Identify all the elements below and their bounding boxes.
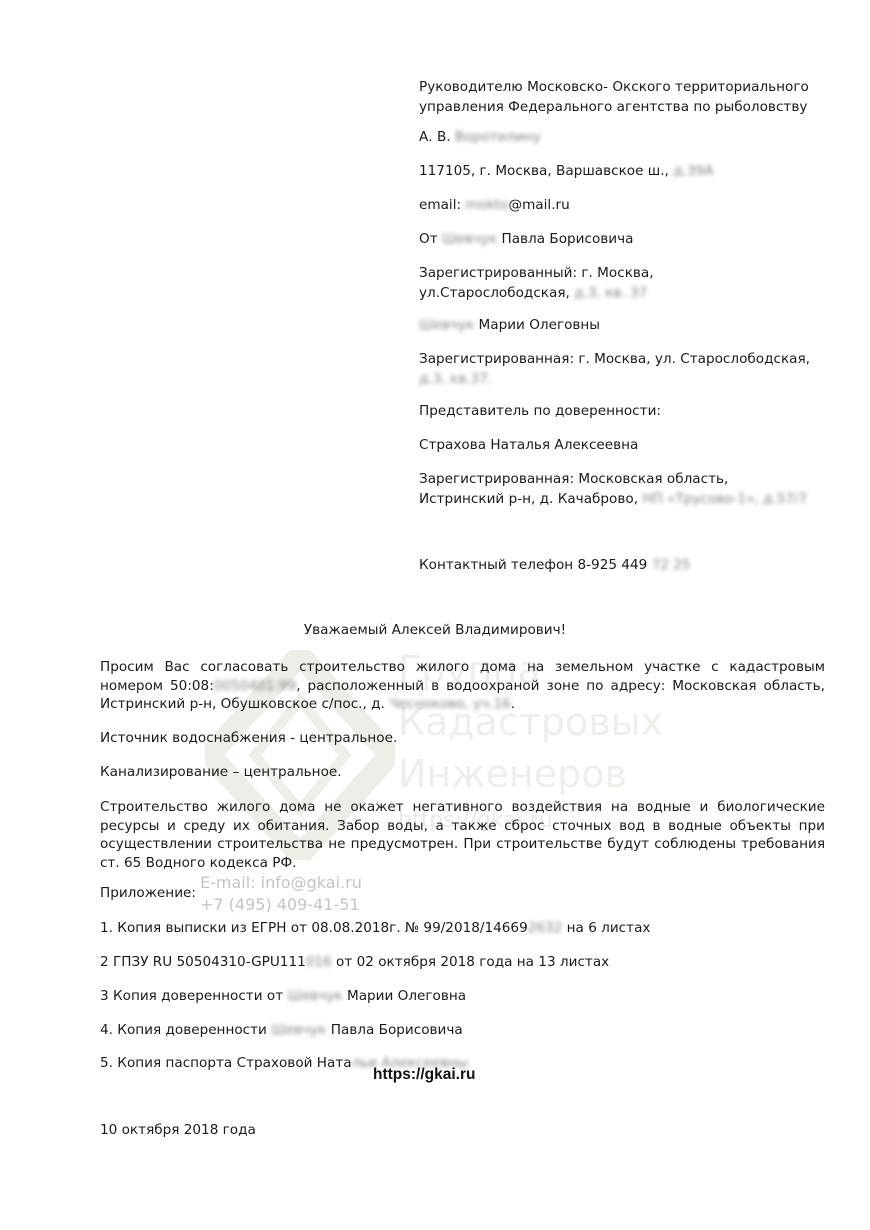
registration-line-1: Зарегистрированная: Московская область, <box>419 469 807 489</box>
redacted-value: 016 <box>306 954 332 970</box>
attachment-text: 5. Копия паспорта Страховой Ната <box>100 1055 352 1071</box>
addressee-line-2: управления Федерального агентства по рыб… <box>419 97 809 117</box>
phone-text: Контактный телефон 8-925 449 <box>419 557 652 573</box>
address-text: 117105, г. Москва, Варшавское ш., <box>419 163 673 179</box>
site-url-link[interactable]: https://gkai.ru <box>373 1066 475 1084</box>
addressee-email: email: mokto@mail.ru <box>419 195 570 215</box>
paragraph-text: . <box>511 696 515 712</box>
redacted-surname: Шевчук <box>419 317 474 333</box>
redacted-address: НП «Трусово-1», д.57/7 <box>642 491 807 507</box>
attachment-text: на 6 листах <box>562 920 650 936</box>
addressee-address: 117105, г. Москва, Варшавское ш., д.39А <box>419 161 714 181</box>
redacted-phone: 72 25 <box>652 557 691 573</box>
watermark-email: E-mail: info@gkai.ru <box>200 873 362 893</box>
sewerage: Канализирование – центральное. <box>100 764 342 780</box>
sender-1-registration: Зарегистрированный: г. Москва, ул.Старос… <box>419 263 654 303</box>
attachment-item: 4. Копия доверенности Шевчук Павла Борис… <box>100 1022 463 1038</box>
attachment-text: от 02 октября 2018 года на 13 листах <box>332 954 610 970</box>
redacted-value: Шевчук <box>271 1022 326 1038</box>
contact-phone: Контактный телефон 8-925 449 72 25 <box>419 555 691 575</box>
sender-2: Шевчук Марии Олеговны <box>419 315 600 335</box>
attachment-text: Павла Борисовича <box>326 1022 462 1038</box>
attachment-text: 2 ГПЗУ RU 50504310-GPU111 <box>100 954 306 970</box>
watermark-phone: +7 (495) 409-41-51 <box>200 895 360 915</box>
attachment-text: 1. Копия выписки из ЕГРН от 08.08.2018г.… <box>100 920 528 936</box>
redacted-house: д.39А <box>673 163 713 179</box>
from-label: От <box>419 231 442 247</box>
sender-1: От Шевчук Павла Борисовича <box>419 229 634 249</box>
impact-paragraph: Строительство жилого дома не окажет нега… <box>100 798 825 872</box>
registration-district: Истринский р-н, д. Качаброво, <box>419 491 642 507</box>
attachments-label: Приложение: <box>100 885 196 901</box>
watermark-line3: Инженеров <box>398 752 627 796</box>
attachment-item: 2 ГПЗУ RU 50504310-GPU111016 от 02 октяб… <box>100 954 609 970</box>
representative-label: Представитель по доверенности: <box>419 401 661 421</box>
request-paragraph: Просим Вас согласовать строительство жил… <box>100 658 825 714</box>
registration-line-1: Зарегистрированная: г. Москва, ул. Старо… <box>419 349 810 369</box>
addressee-title: Руководителю Московско- Окского территор… <box>419 77 809 117</box>
representative-name: Страхова Наталья Алексеевна <box>419 435 638 455</box>
sender-name: Марии Олеговны <box>474 317 600 333</box>
water-supply: Источник водоснабжения - центральное. <box>100 730 397 746</box>
redacted-surname: Шевчук <box>442 231 497 247</box>
letter-date: 10 октября 2018 года <box>100 1122 256 1138</box>
redacted-surname: Воротилину <box>455 129 541 145</box>
redacted-value: 2632 <box>528 920 563 936</box>
sender-name: Павла Борисовича <box>497 231 633 247</box>
addressee-name: А. В. Воротилину <box>419 127 541 147</box>
redacted-plot-address: Чесноково, уч.16 <box>389 696 511 712</box>
registration-line-1: Зарегистрированный: г. Москва, <box>419 263 654 283</box>
email-label: email: <box>419 197 465 213</box>
email-domain: @mail.ru <box>508 197 569 213</box>
attachment-text: 4. Копия доверенности <box>100 1022 271 1038</box>
sender-2-registration: Зарегистрированная: г. Москва, ул. Старо… <box>419 349 810 389</box>
representative-registration: Зарегистрированная: Московская область, … <box>419 469 807 509</box>
attachment-text: 3 Копия доверенности от <box>100 988 287 1004</box>
redacted-value: Шевчук <box>287 988 342 1004</box>
addressee-line-1: Руководителю Московско- Окского территор… <box>419 77 809 97</box>
salutation: Уважаемый Алексей Владимирович! <box>0 622 870 638</box>
redacted-apartment: д.3, кв. 37 <box>574 285 647 301</box>
redacted-apartment: д.3, кв.37. <box>419 371 492 387</box>
attachment-item: 1. Копия выписки из ЕГРН от 08.08.2018г.… <box>100 920 650 936</box>
watermark: Группа Кадастровых Инженеров https://gka… <box>0 0 870 1230</box>
attachment-text: Марии Олеговна <box>343 988 466 1004</box>
registration-street: ул.Старослободская, <box>419 285 574 301</box>
redacted-email: mokto <box>465 197 508 213</box>
addressee-initials: А. В. <box>419 129 455 145</box>
redacted-cadastral-number: 0050401:99 <box>214 678 296 694</box>
attachment-item: 3 Копия доверенности от Шевчук Марии Оле… <box>100 988 466 1004</box>
